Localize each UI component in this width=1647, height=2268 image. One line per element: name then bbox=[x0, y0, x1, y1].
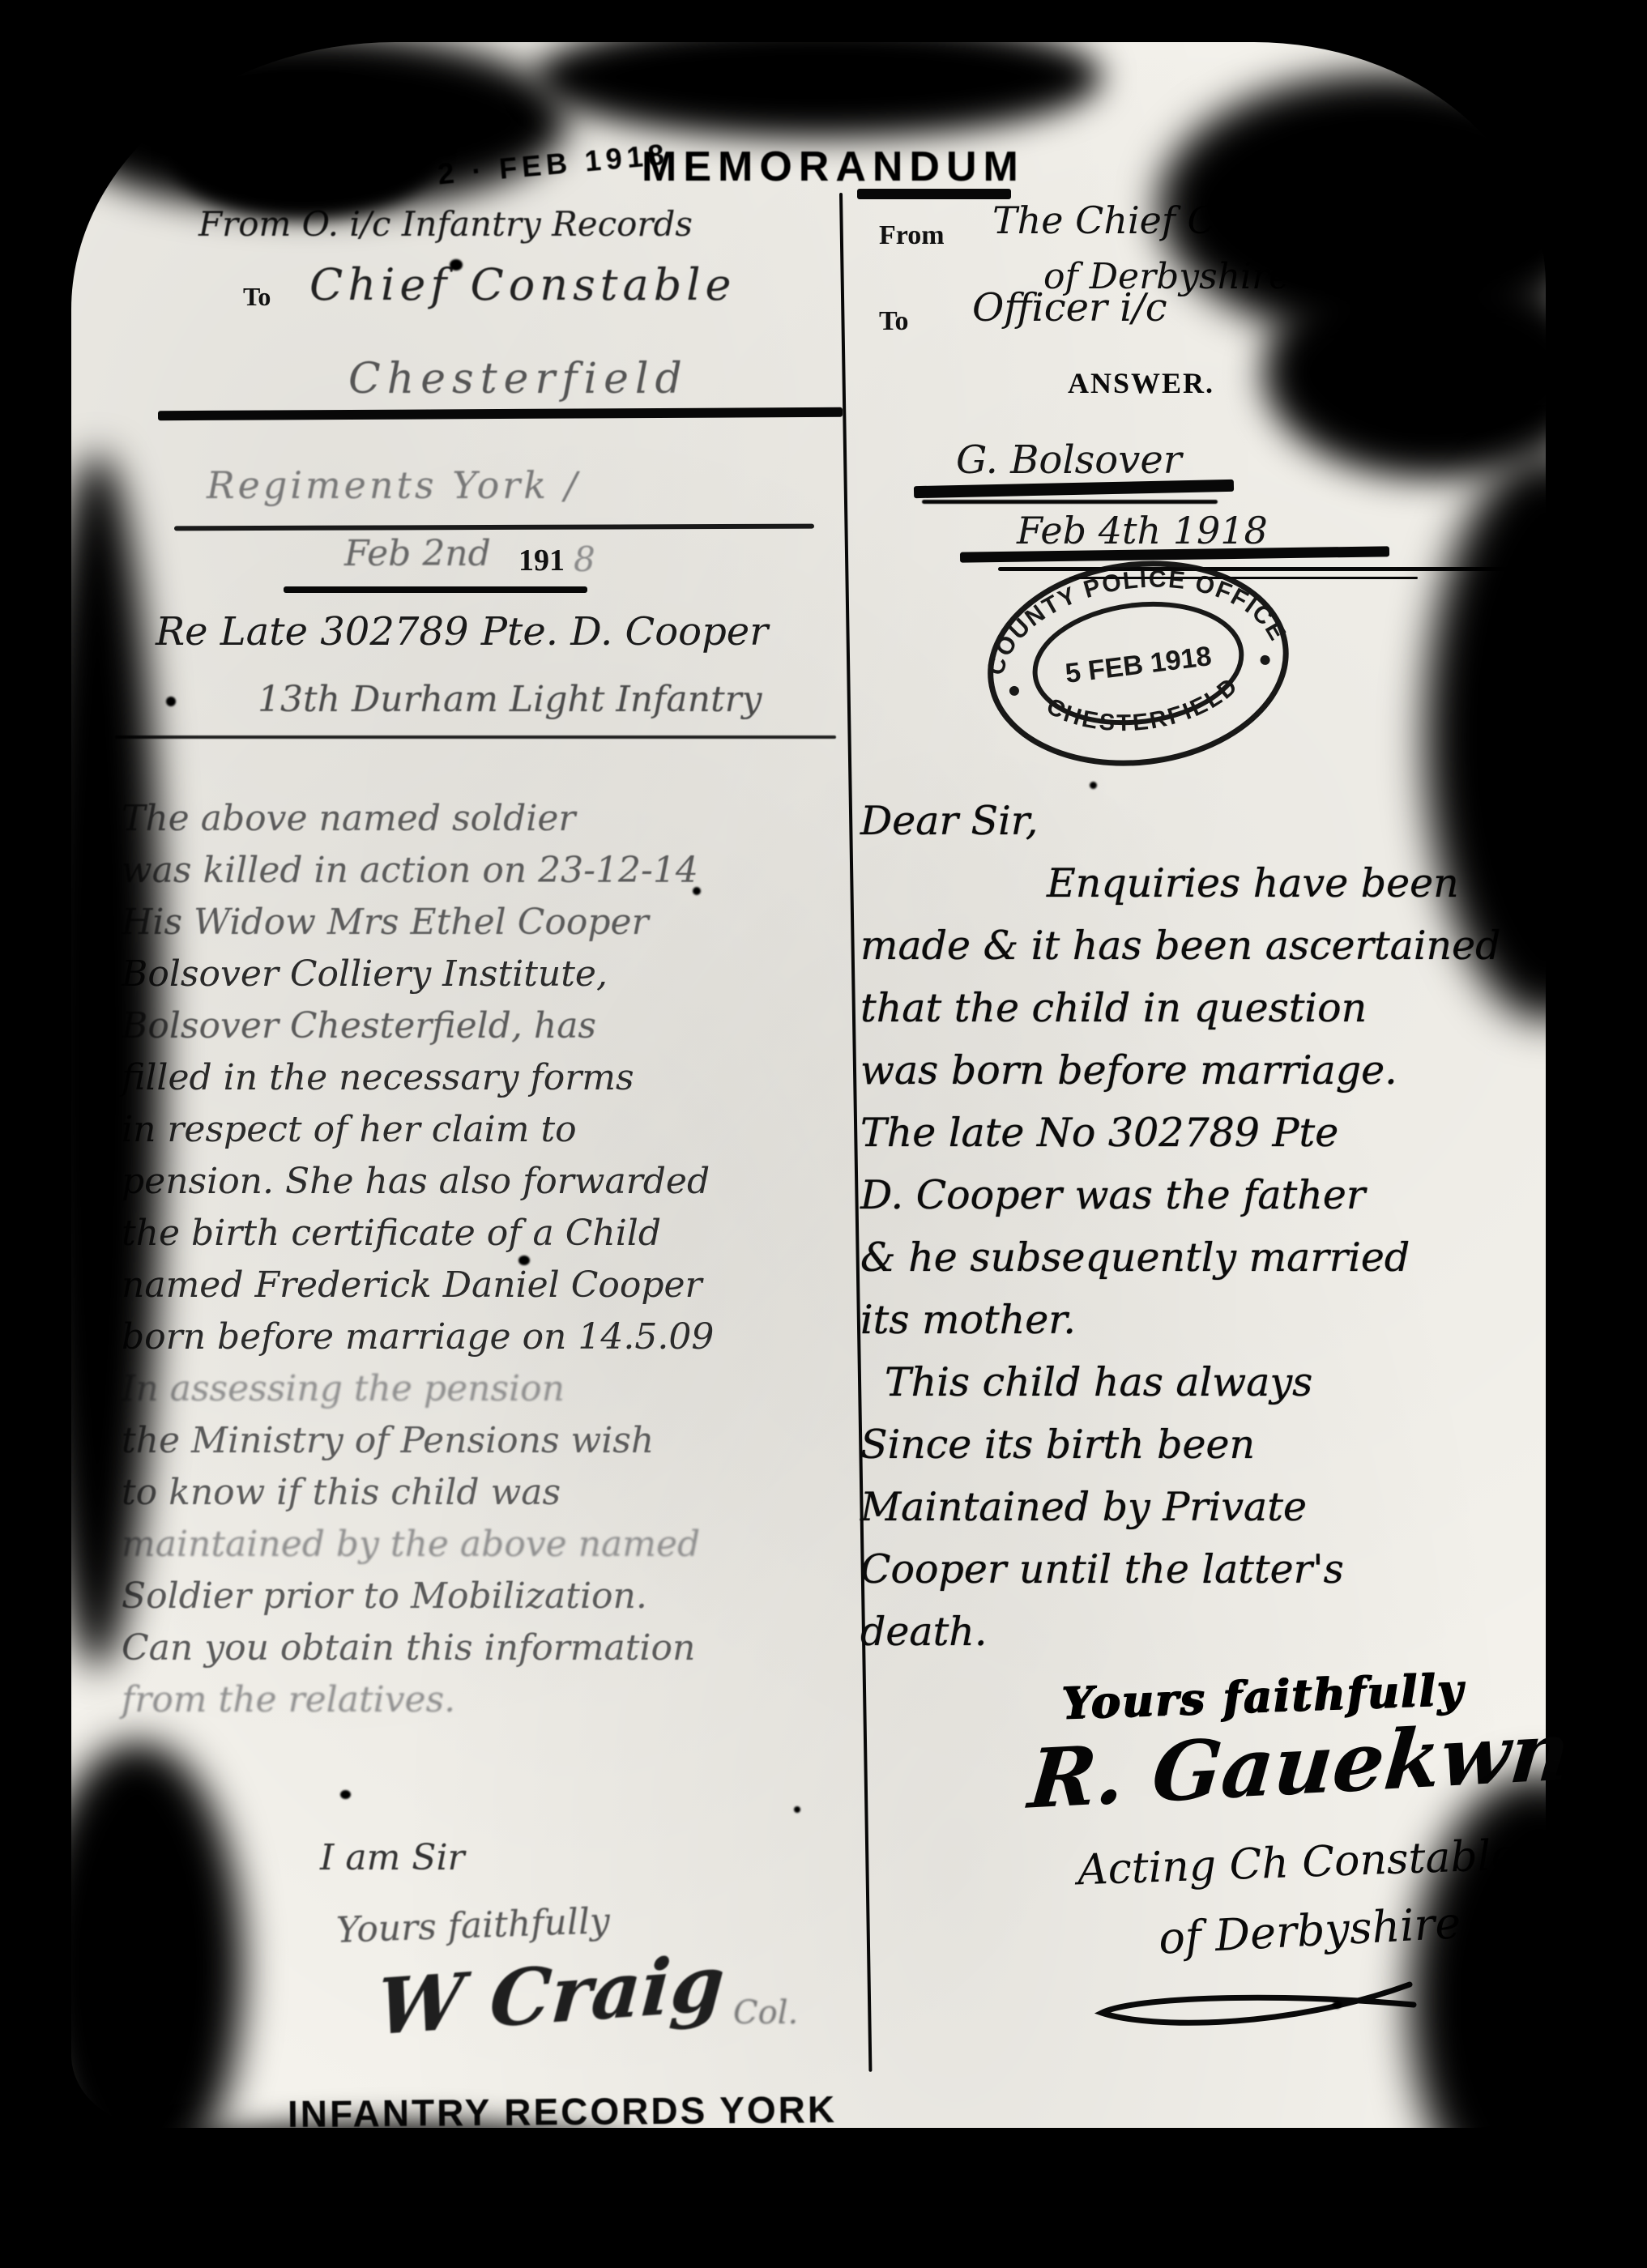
ink-speck bbox=[693, 887, 701, 895]
text-line: In assessing the pension bbox=[122, 1368, 843, 1420]
text-line: born before marriage on 14.5.09 bbox=[122, 1316, 843, 1368]
title-underline bbox=[857, 189, 1011, 199]
subject-rule bbox=[115, 735, 836, 739]
scan-dark-edge bbox=[170, 89, 437, 219]
ink-speck bbox=[518, 1255, 530, 1265]
right-letter-body: Dear Sir,Enquiries have beenmade & it ha… bbox=[860, 798, 1541, 1671]
text-line: Can you obtain this information bbox=[122, 1627, 843, 1679]
left-date-suffix: 8 bbox=[574, 539, 595, 579]
struck-line-1: G. Bolsover bbox=[956, 437, 1182, 483]
right-to-value: Officer i/c bbox=[972, 285, 1167, 330]
ink-speck bbox=[450, 259, 463, 271]
left-to-value: Chief Constable bbox=[309, 259, 736, 310]
date-underline bbox=[284, 586, 587, 593]
right-to-label: To bbox=[879, 306, 909, 337]
ink-speck bbox=[1333, 2001, 1342, 2009]
left-letter-body: The above named soldierwas killed in act… bbox=[122, 798, 843, 1731]
text-line: Enquiries have been bbox=[860, 860, 1541, 923]
subject-line-1: Re Late 302789 Pte. D. Cooper bbox=[156, 609, 768, 654]
text-line: pension. She has also forwarded bbox=[122, 1161, 843, 1213]
left-to-label: To bbox=[243, 282, 271, 312]
subject-line-2: 13th Durham Light Infantry bbox=[258, 679, 762, 720]
ink-speck bbox=[794, 1806, 800, 1813]
text-line: made & it has been ascertained bbox=[860, 923, 1541, 985]
text-line: The late No 302789 Pte bbox=[860, 1110, 1541, 1172]
stamp-separator-dot-right bbox=[1260, 654, 1270, 665]
text-line: maintained by the above named bbox=[122, 1524, 843, 1575]
left-date-printed: 191 bbox=[518, 543, 565, 578]
left-signature-rank: Col. bbox=[733, 1994, 798, 2031]
county-police-office-stamp: COUNTY POLICE OFFICE CHESTERFIELD 5 FEB … bbox=[964, 534, 1313, 795]
text-line: named Frederick Daniel Cooper bbox=[122, 1264, 843, 1316]
text-line: from the relatives. bbox=[122, 1679, 843, 1731]
text-line: death. bbox=[860, 1609, 1541, 1671]
text-line: in respect of her claim to bbox=[122, 1109, 843, 1161]
text-line: Since its birth been bbox=[860, 1422, 1541, 1484]
stamp-separator-dot-left bbox=[1009, 685, 1019, 696]
text-line: D. Cooper was the father bbox=[860, 1172, 1541, 1234]
ink-speck bbox=[166, 697, 176, 706]
ink-speck bbox=[1090, 782, 1097, 789]
text-line: Soldier prior to Mobilization. bbox=[122, 1575, 843, 1627]
text-line: This child has always bbox=[860, 1359, 1541, 1422]
text-line: The above named soldier bbox=[122, 798, 843, 850]
text-line: the birth certificate of a Child bbox=[122, 1213, 843, 1264]
answer-label: ANSWER. bbox=[1068, 366, 1214, 400]
text-line: His Widow Mrs Ethel Cooper bbox=[122, 902, 843, 953]
ink-speck bbox=[340, 1790, 351, 1799]
text-line: its mother. bbox=[860, 1297, 1541, 1359]
text-line: & he subsequently married bbox=[860, 1234, 1541, 1297]
text-line: to know if this child was bbox=[122, 1472, 843, 1524]
scan-dark-edge bbox=[113, 2122, 681, 2219]
page-title: MEMORANDUM bbox=[642, 143, 1025, 191]
scan-dark-edge bbox=[535, 16, 1102, 138]
text-line: was born before marriage. bbox=[860, 1047, 1541, 1110]
left-closing-1: I am Sir bbox=[320, 1837, 465, 1878]
left-address-line: Regiments York / bbox=[207, 463, 580, 507]
scanned-memorandum-document: 2 · FEB 1918 MEMORANDUM From O. i/c Infa… bbox=[0, 0, 1647, 2268]
right-from-label: From bbox=[879, 220, 945, 251]
text-line: the Ministry of Pensions wish bbox=[122, 1420, 843, 1472]
left-date-handwritten: Feb 2nd bbox=[344, 533, 491, 574]
text-line: that the child in question bbox=[860, 985, 1541, 1047]
text-line: was killed in action on 23-12-14 bbox=[122, 850, 843, 902]
text-line: Bolsover Chesterfield, has bbox=[122, 1005, 843, 1057]
signature-flourish bbox=[1086, 1968, 1426, 2033]
scan-dark-edge bbox=[32, 1742, 243, 2195]
text-line: filled in the necessary forms bbox=[122, 1057, 843, 1109]
text-line: Cooper until the latter's bbox=[860, 1546, 1541, 1609]
text-line: Bolsover Colliery Institute, bbox=[122, 953, 843, 1005]
text-line: Maintained by Private bbox=[860, 1484, 1541, 1546]
scan-dark-edge bbox=[1264, 267, 1604, 478]
stamp-date-text: 5 FEB 1918 bbox=[1064, 641, 1214, 689]
scan-dark-edge bbox=[32, 454, 162, 1669]
strike-bar-1b bbox=[922, 500, 1218, 504]
left-place: Chesterfield bbox=[348, 355, 689, 403]
